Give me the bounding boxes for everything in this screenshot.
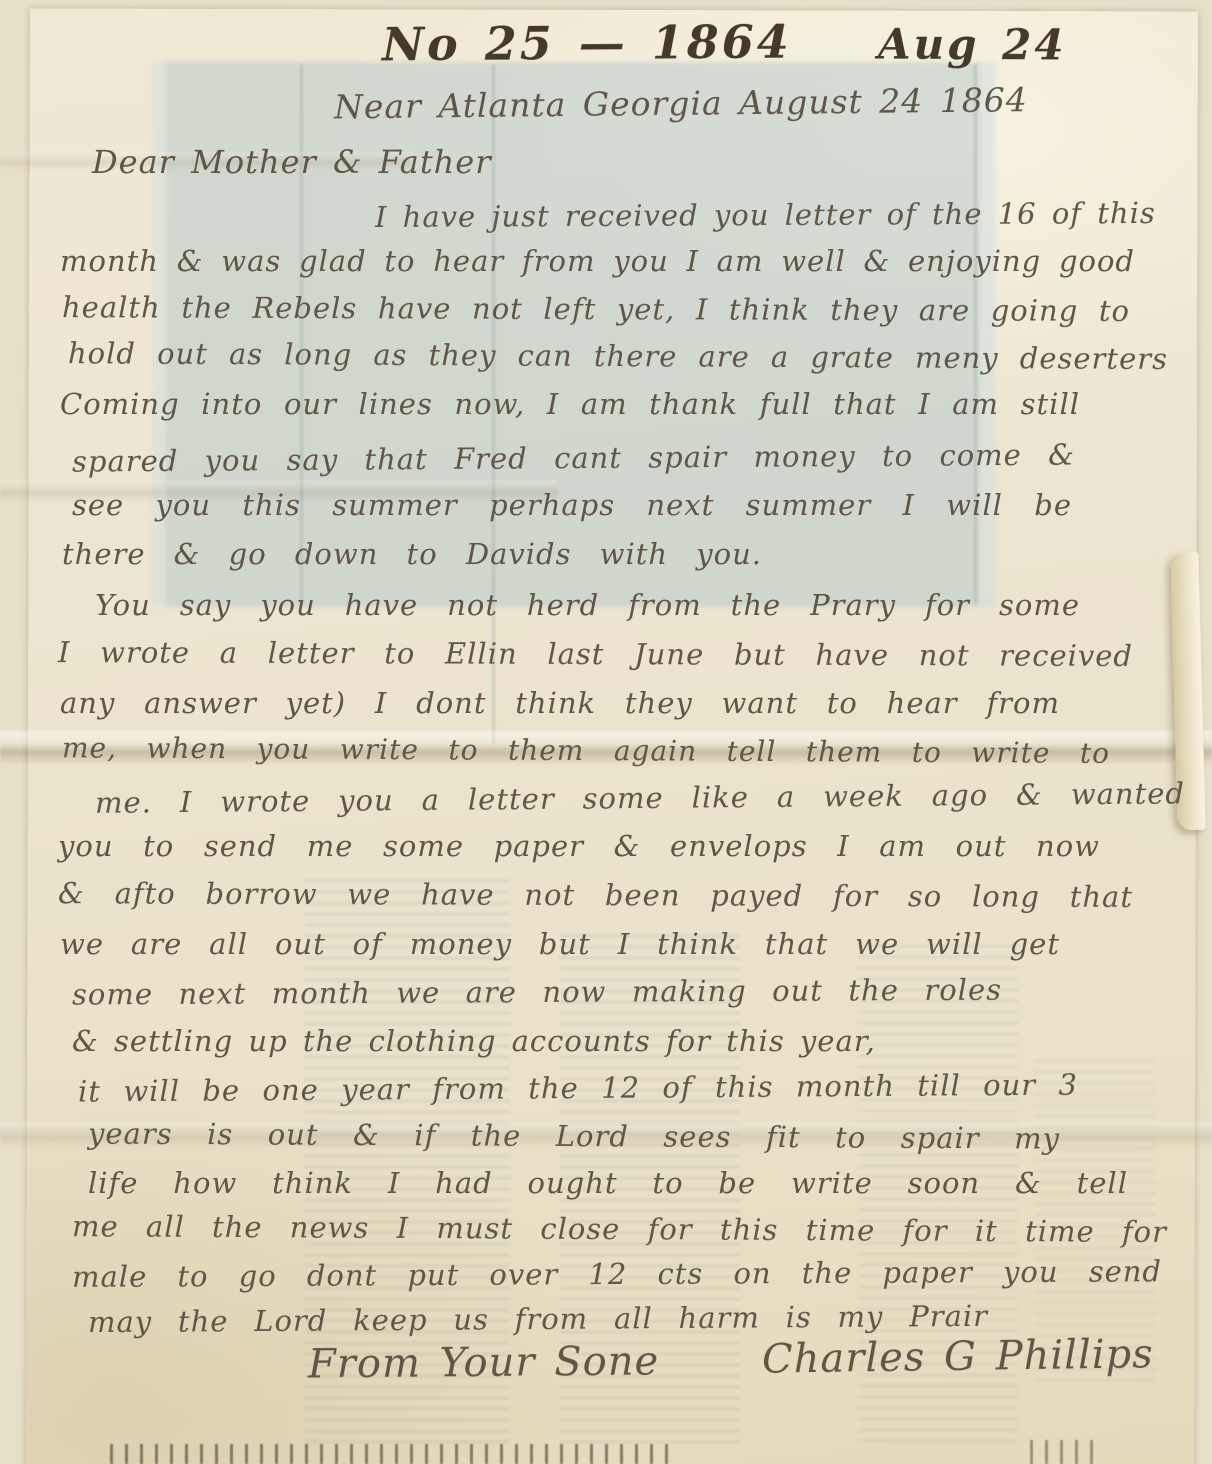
body-line: there & go down to Davids with you. (62, 537, 762, 571)
body-line: month & was glad to hear from you I am w… (60, 244, 1135, 278)
body-line: I wrote a letter to Ellin last June but … (58, 635, 1133, 673)
body-line: years is out & if the Lord sees fit to s… (88, 1116, 1060, 1155)
docket-date: Aug 24 (878, 20, 1067, 70)
body-line: me all the news I must close for this ti… (72, 1209, 1167, 1249)
print-fragment-strip (110, 1444, 670, 1464)
body-line: life how think I had ought to be write s… (88, 1166, 1128, 1200)
closing: From Your Sone (308, 1338, 660, 1387)
body-line: me, when you write to them again tell th… (62, 731, 1110, 769)
clipping-edge-line (974, 64, 977, 604)
body-line: Coming into our lines now, I am thank fu… (60, 387, 1080, 421)
body-line: health the Rebels have not left yet, I t… (62, 290, 1130, 328)
signature: Charles G Phillips (762, 1331, 1154, 1382)
print-fragment-strip (1030, 1440, 1100, 1464)
body-line: you to send me some paper & envelops I a… (58, 829, 1100, 863)
body-line: male to go dont put over 12 cts on the p… (72, 1254, 1162, 1294)
body-line: see you this summer perhaps next summer … (72, 488, 1072, 522)
salutation: Dear Mother & Father (92, 143, 492, 181)
body-line: it will be one year from the 12 of this … (78, 1068, 1078, 1109)
body-line: hold out as long as they can there are a… (68, 336, 1168, 376)
body-line: any answer yet) I dont think they want t… (60, 686, 1060, 720)
body-line: may the Lord keep us from all harm is my… (88, 1299, 988, 1339)
body-line: we are all out of money but I think that… (60, 927, 1060, 961)
body-line: & settling up the clothing accounts for … (72, 1024, 872, 1058)
scanned-letter-page: { "colors":{ "scan_margin":"#e7e0c9", "p… (0, 0, 1212, 1464)
dateline: Near Atlanta Georgia August 24 1864 (334, 81, 986, 127)
body-line: You say you have not herd from the Prary… (95, 588, 1080, 622)
body-line: & afto borrow we have not been payed for… (58, 876, 1133, 914)
docket-number: No 25 — 1864 (382, 15, 792, 72)
body-line: I have just received you letter of the 1… (375, 196, 1137, 234)
body-line: some next month we are now making out th… (72, 973, 1002, 1012)
body-line: spared you say that Fred cant spair mone… (72, 437, 1075, 478)
